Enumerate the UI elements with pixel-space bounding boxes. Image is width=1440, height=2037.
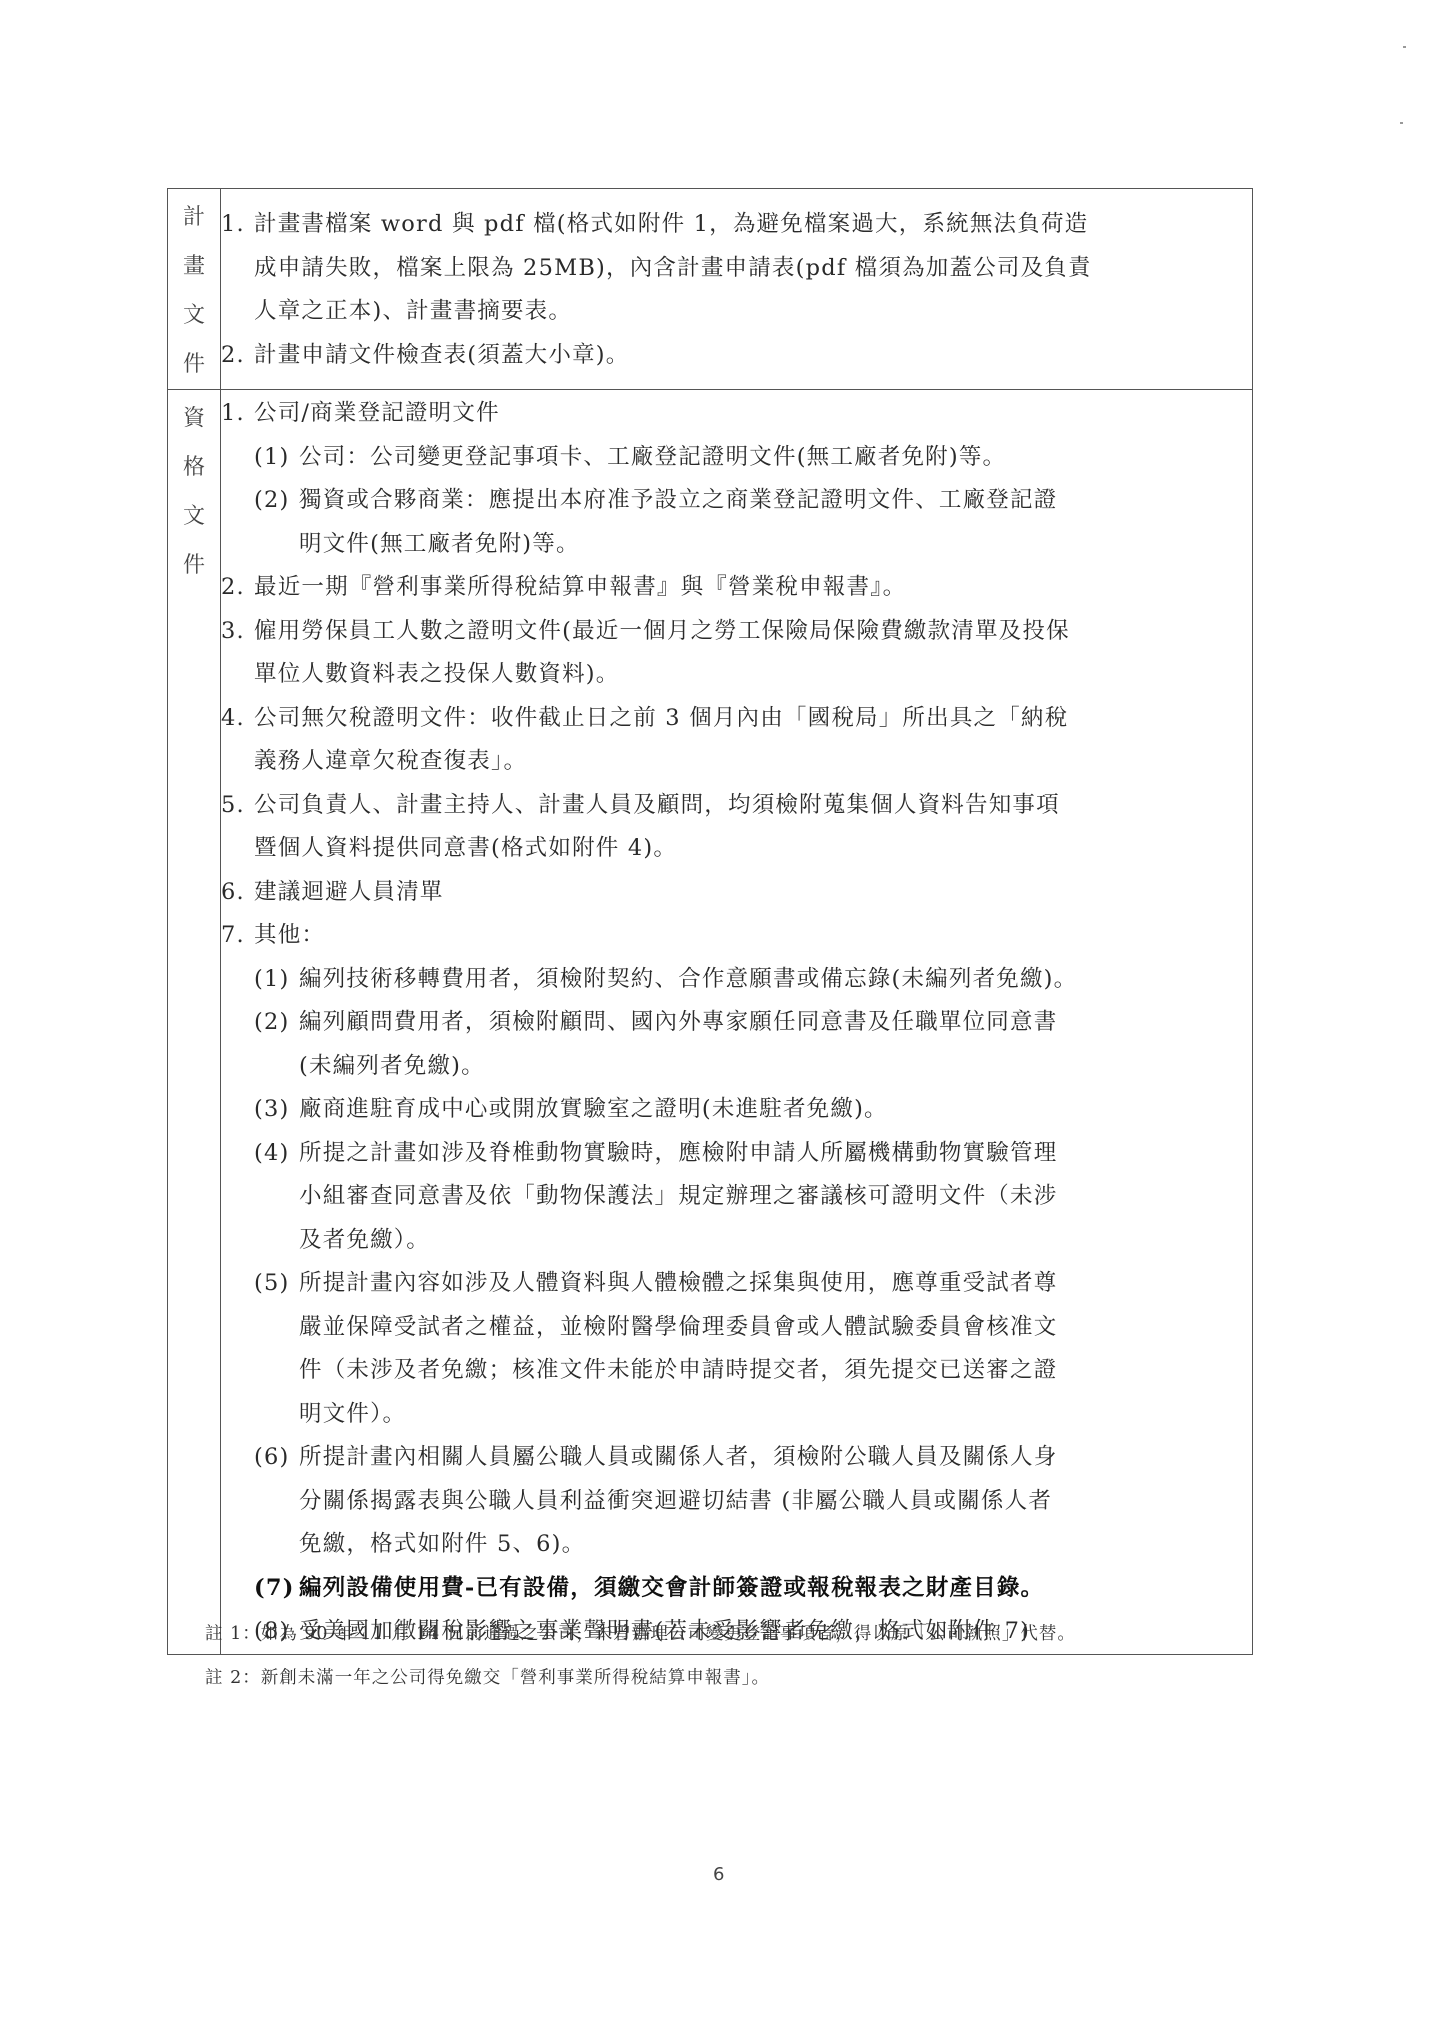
sub-item: (6)所提計畫內相關人員屬公職人員或關係人者，須檢附公職人員及關係人身 — [221, 1436, 1252, 1480]
footnotes: 註 1：如為 90 年 11 月 14 日前通過之公司，未曾辦理公司變更登記事項… — [205, 1612, 1076, 1700]
table-row-plan-documents: 計 畫 文 件 1.計畫書檔案 word 與 pdf 檔(格式如附件 1，為避免… — [168, 189, 1253, 390]
sub-item: (1)編列技術移轉費用者，須檢附契約、合作意願書或備忘錄(未編列者免繳)。 — [221, 958, 1252, 1002]
label-char: 件 — [183, 541, 205, 590]
label-char: 文 — [183, 492, 205, 541]
row-content-plan-documents: 1.計畫書檔案 word 與 pdf 檔(格式如附件 1，為避免檔案過大，系統無… — [221, 189, 1253, 390]
list-item: 1.公司/商業登記證明文件 (1)公司：公司變更登記事項卡、工廠登記證明文件(無… — [221, 392, 1252, 566]
list-item: 4.公司無欠稅證明文件：收件截止日之前 3 個月內由「國稅局」所出具之「納稅 義… — [221, 697, 1252, 784]
footnote-2: 註 2：新創未滿一年之公司得免繳交「營利事業所得稅結算申報書」。 — [205, 1656, 1076, 1700]
label-char: 畫 — [183, 242, 205, 291]
row-content-qualification-documents: 1.公司/商業登記證明文件 (1)公司：公司變更登記事項卡、工廠登記證明文件(無… — [221, 390, 1253, 1655]
row-label-qualification-documents: 資 格 文 件 — [168, 390, 221, 1655]
list-item: 2.最近一期『營利事業所得稅結算申報書』與『營業稅申報書』。 — [221, 566, 1252, 610]
list-item: 3.僱用勞保員工人數之證明文件(最近一個月之勞工保險局保險費繳款清單及投保 單位… — [221, 610, 1252, 697]
page-number: 6 — [713, 1864, 724, 1885]
list-item: 5.公司負責人、計畫主持人、計畫人員及顧問，均須檢附蒐集個人資料告知事項 暨個人… — [221, 784, 1252, 871]
list-item: 6.建議迴避人員清單 — [221, 871, 1252, 915]
label-char: 文 — [183, 291, 205, 340]
requirements-table: 計 畫 文 件 1.計畫書檔案 word 與 pdf 檔(格式如附件 1，為避免… — [167, 188, 1253, 1655]
footnote-1: 註 1：如為 90 年 11 月 14 日前通過之公司，未曾辦理公司變更登記事項… — [205, 1612, 1076, 1656]
label-char: 計 — [183, 193, 205, 242]
sub-item: (4)所提之計畫如涉及脊椎動物實驗時，應檢附申請人所屬機構動物實驗管理 — [221, 1132, 1252, 1176]
label-char: 件 — [183, 340, 205, 389]
sub-item: (1)公司：公司變更登記事項卡、工廠登記證明文件(無工廠者免附)等。 — [221, 436, 1252, 480]
label-char: 資 — [183, 394, 205, 443]
list-item: 2.計畫申請文件檢查表(須蓋大小章)。 — [221, 334, 1252, 378]
row-label-plan-documents: 計 畫 文 件 — [168, 189, 221, 390]
sub-item-highlighted: (7)編列設備使用費-已有設備，須繳交會計師簽證或報稅報表之財產目錄。 — [221, 1567, 1252, 1611]
sub-item: (5)所提計畫內容如涉及人體資料與人體檢體之採集與使用，應尊重受試者尊 — [221, 1262, 1252, 1306]
sub-item: (2)獨資或合夥商業：應提出本府准予設立之商業登記證明文件、工廠登記證 — [221, 479, 1252, 523]
document-page: 計 畫 文 件 1.計畫書檔案 word 與 pdf 檔(格式如附件 1，為避免… — [0, 0, 1440, 2037]
list-item: 7.其他： (1)編列技術移轉費用者，須檢附契約、合作意願書或備忘錄(未編列者免… — [221, 914, 1252, 1654]
sub-item: (3)廠商進駐育成中心或開放實驗室之證明(未進駐者免繳)。 — [221, 1088, 1252, 1132]
list-item: 1.計畫書檔案 word 與 pdf 檔(格式如附件 1，為避免檔案過大，系統無… — [221, 203, 1252, 334]
scan-speck — [1400, 122, 1403, 124]
scan-speck — [1403, 46, 1406, 48]
table-row-qualification-documents: 資 格 文 件 1.公司/商業登記證明文件 (1)公司：公司變更登記事項卡、工廠… — [168, 390, 1253, 1655]
label-char: 格 — [183, 443, 205, 492]
sub-item: (2)編列顧問費用者，須檢附顧問、國內外專家願任同意書及任職單位同意書 — [221, 1001, 1252, 1045]
